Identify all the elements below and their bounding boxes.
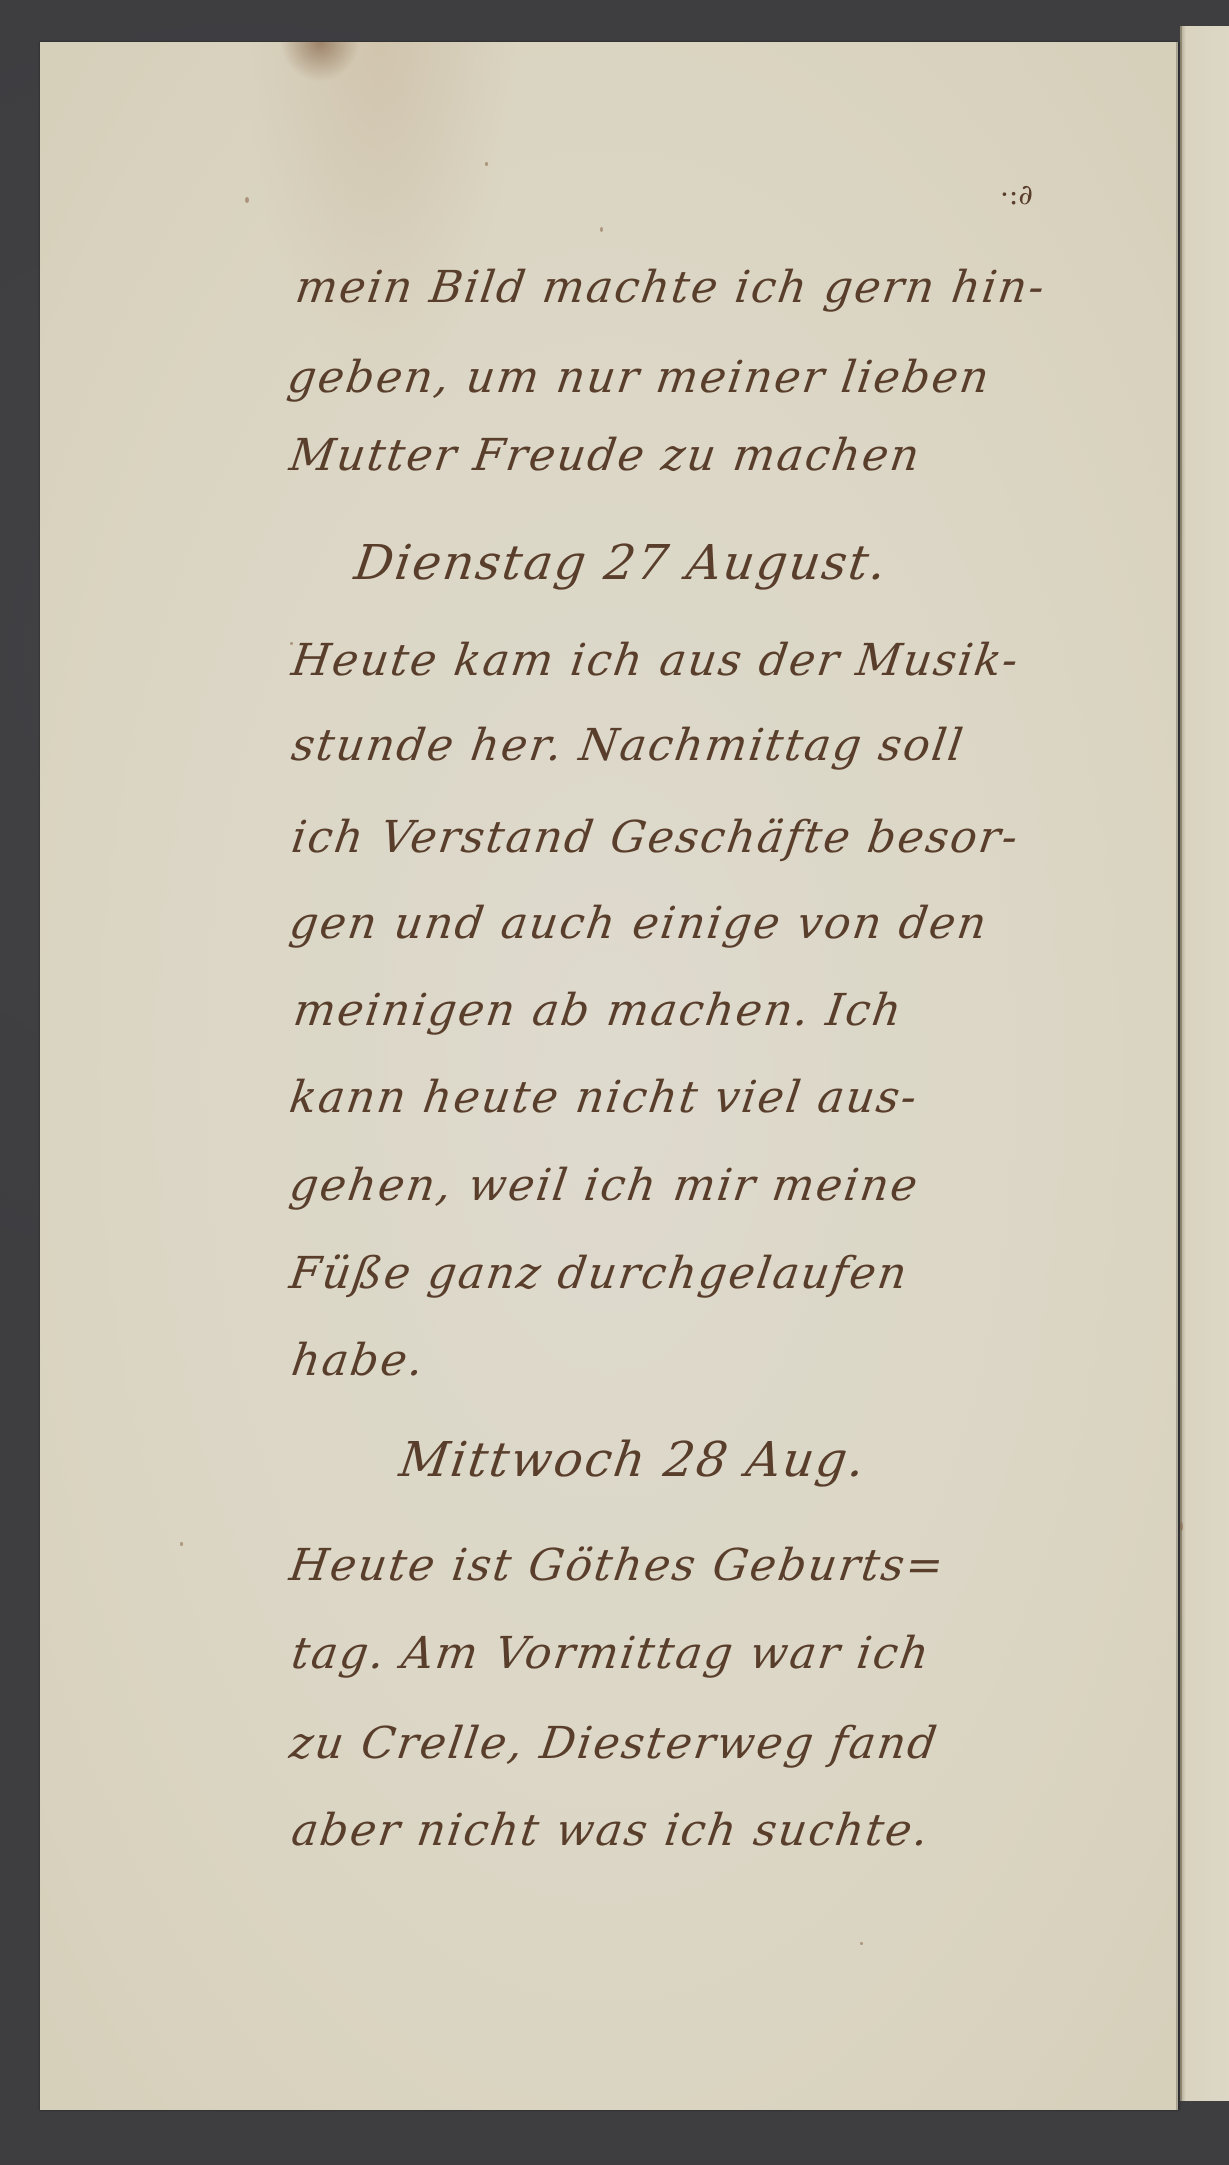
paper-speck bbox=[180, 1542, 183, 1546]
text-line-6: stunde her. Nachmittag soll bbox=[288, 720, 967, 771]
text-line-18: aber nicht was ich suchte. bbox=[288, 1805, 933, 1856]
text-line-17: zu Crelle, Diesterweg fand bbox=[286, 1718, 941, 1769]
spine-shadow bbox=[1176, 42, 1181, 2110]
text-line-11: gehen, weil ich mir meine bbox=[286, 1160, 922, 1211]
text-line-9: meinigen ab machen. Ich bbox=[290, 985, 906, 1036]
paper-speck bbox=[485, 162, 488, 166]
adjacent-page-edge bbox=[1180, 26, 1229, 2101]
text-line-1: mein Bild machte ich gern hin- bbox=[292, 262, 1049, 313]
text-line-16: tag. Am Vormittag war ich bbox=[288, 1628, 933, 1679]
paper-speck bbox=[600, 227, 603, 232]
paper-speck bbox=[860, 1942, 863, 1945]
corner-mark: ·:∂ bbox=[1000, 178, 1033, 211]
text-line-7: ich Verstand Geschäfte besor- bbox=[288, 812, 1022, 863]
text-line-2: geben, um nur meiner lieben bbox=[284, 352, 994, 403]
diary-entry-date-2: Mittwoch 28 Aug. bbox=[396, 1432, 870, 1488]
paper-speck bbox=[245, 197, 249, 203]
text-line-8: gen und auch einige von den bbox=[286, 898, 991, 949]
text-line-12: Füße ganz durchgelaufen bbox=[286, 1248, 911, 1299]
paper-speck bbox=[290, 642, 293, 645]
diary-entry-date-1: Dienstag 27 August. bbox=[351, 535, 891, 591]
text-line-13: habe. bbox=[288, 1335, 428, 1386]
text-line-15: Heute ist Göthes Geburts= bbox=[286, 1540, 948, 1591]
text-line-10: kann heute nicht viel aus- bbox=[286, 1072, 921, 1123]
text-line-3: Mutter Freude zu machen bbox=[286, 430, 924, 481]
text-line-5: Heute kam ich aus der Musik- bbox=[288, 635, 1022, 686]
